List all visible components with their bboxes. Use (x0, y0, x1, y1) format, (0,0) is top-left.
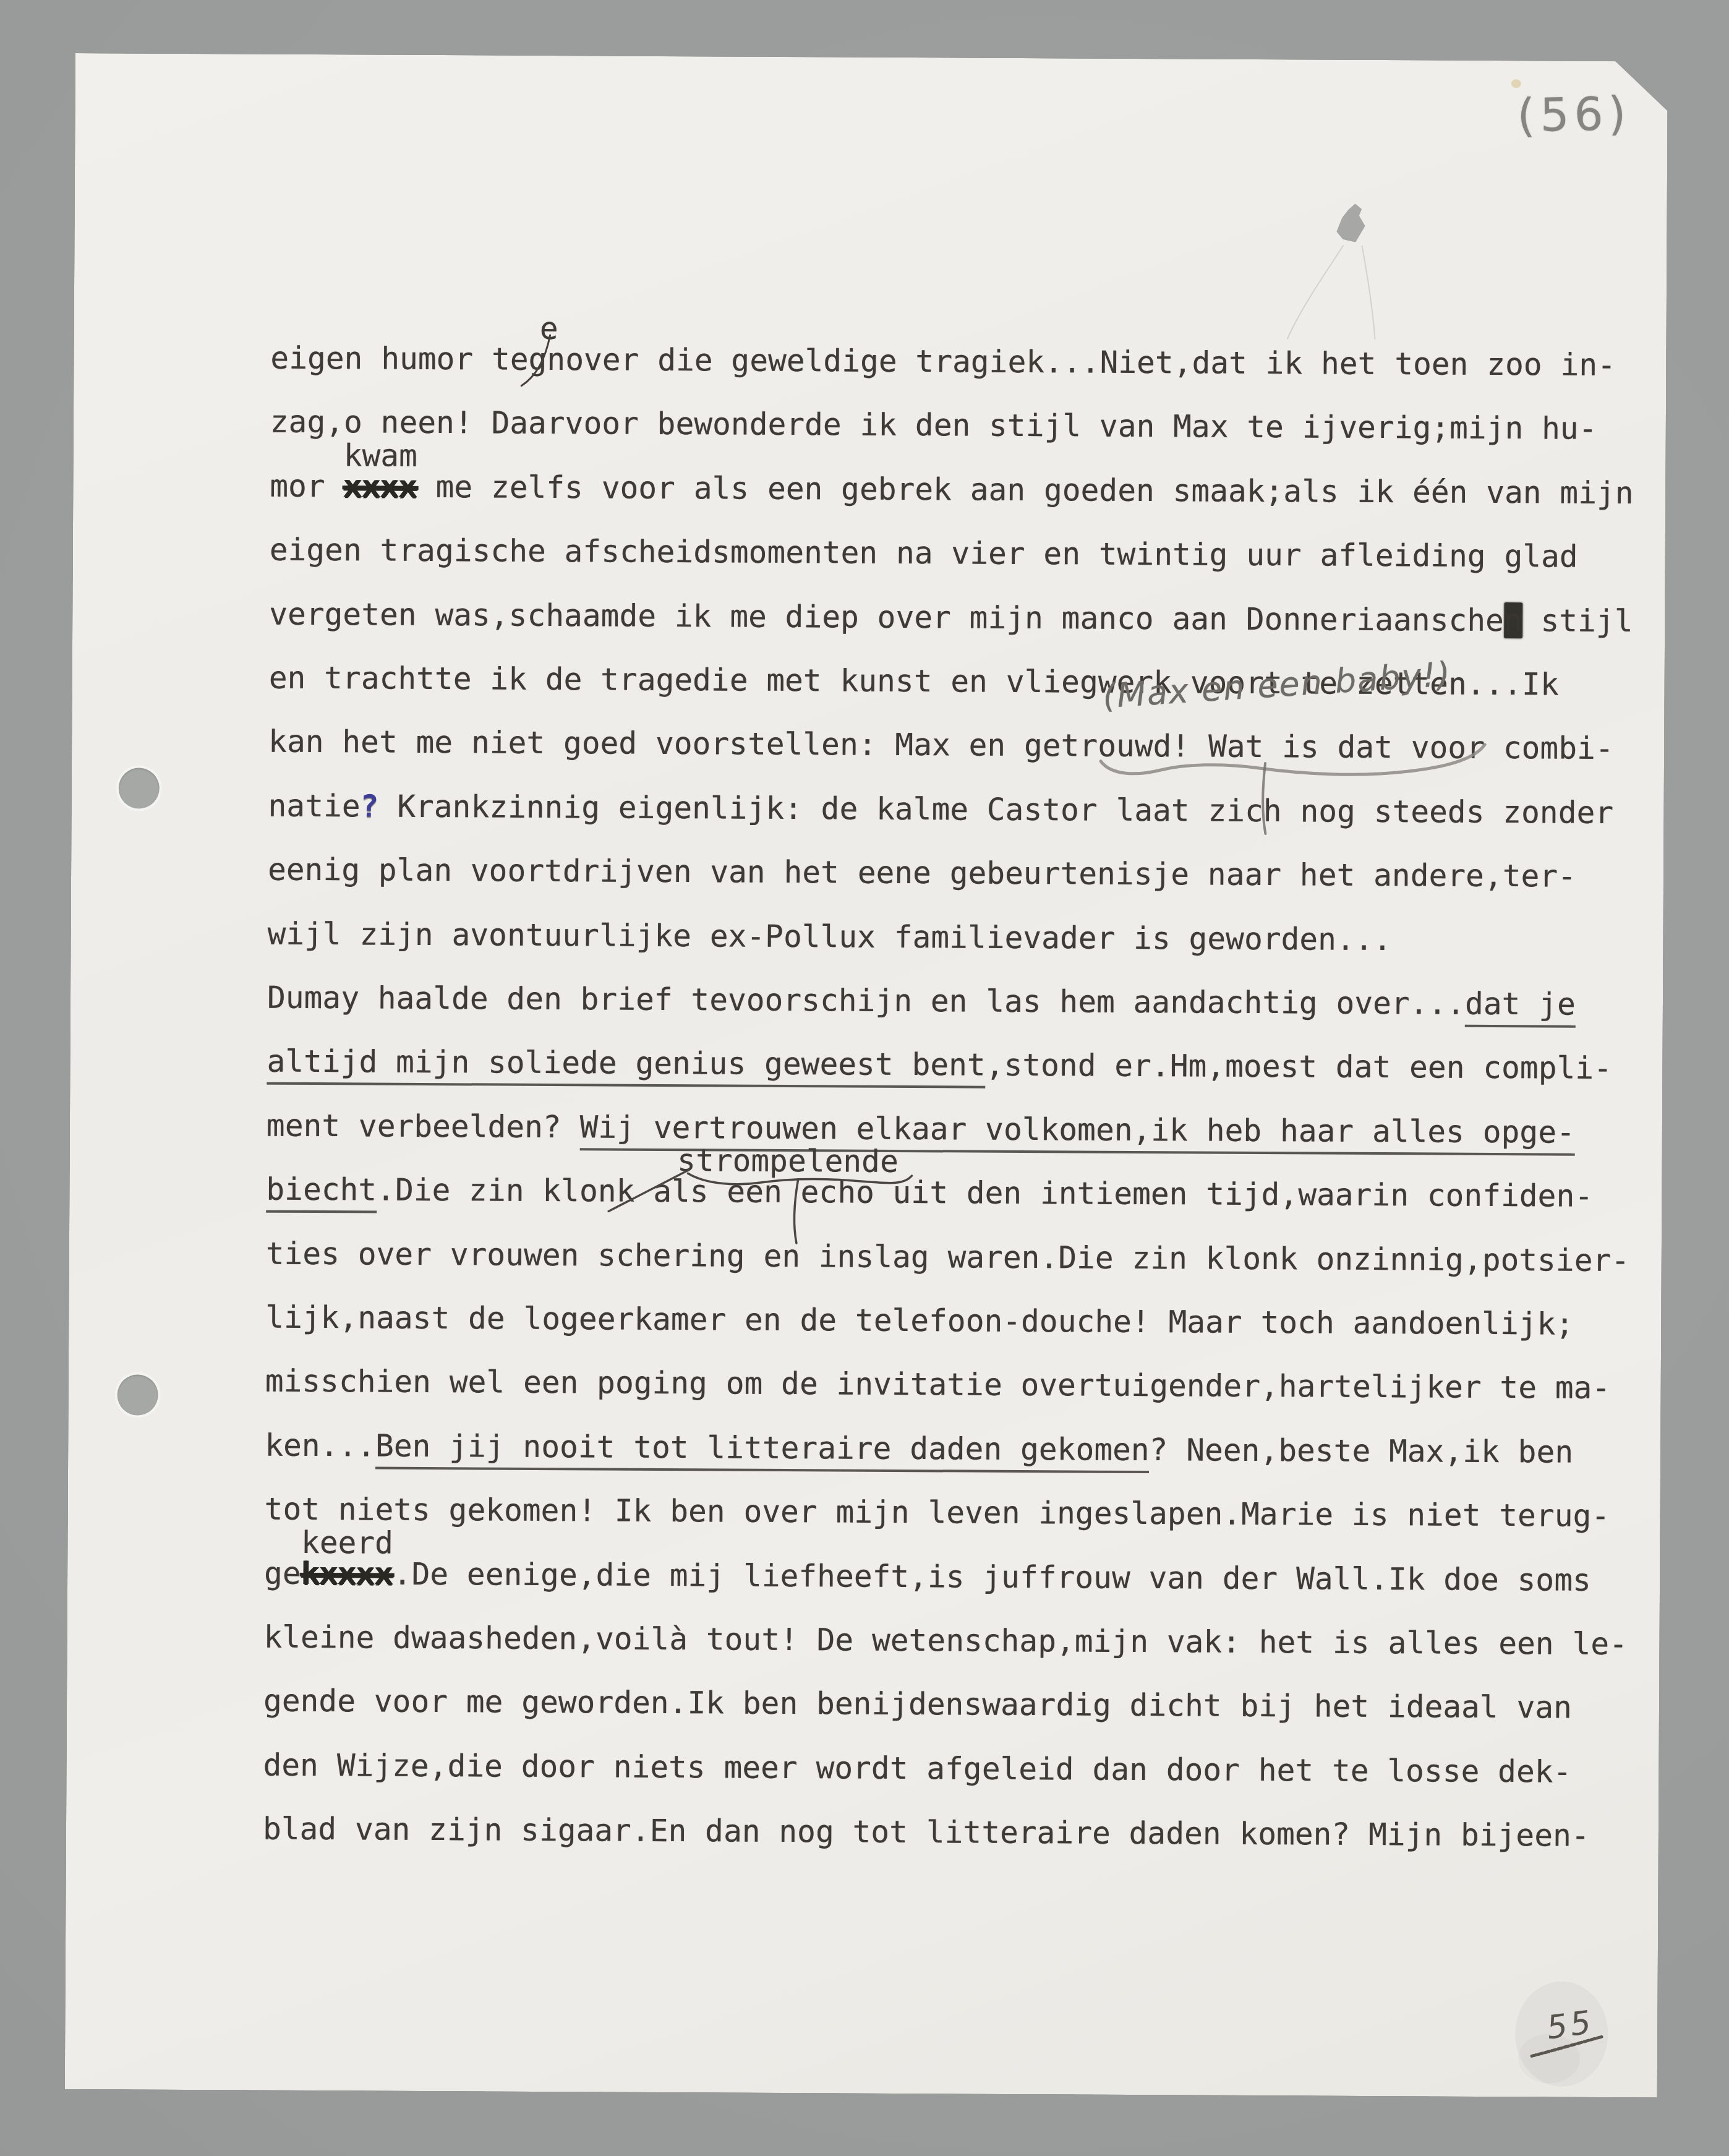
typed-line: lijk,naast de logeerkamer en de telefoon… (265, 1300, 1574, 1341)
typed-text: Krankzinnig eigenlijk: de kalme Castor l… (378, 788, 1613, 830)
typed-text: ties over vrouwen schering en inslag war… (266, 1235, 1630, 1278)
typed-line: blad van zijn sigaar.En dan nog tot litt… (263, 1812, 1590, 1853)
typed-line: ken...Ben jij nooit tot litteraire daden… (265, 1427, 1573, 1469)
struck-out-text: xxxx (343, 468, 417, 505)
struck-out-text: kxxxx (301, 1555, 393, 1592)
typed-line: vergeten was,schaamde ik me diep over mi… (269, 596, 1633, 638)
typed-text: den Wijze,die door niets meer wordt afge… (263, 1747, 1571, 1789)
scanned-document-scene: (56) eigen humor tegnover die geweldige … (0, 0, 1729, 2156)
page-number-bottom: 55 (1545, 2004, 1597, 2047)
underlined-text: biecht (266, 1171, 377, 1213)
typed-insertion: keerd (301, 1525, 393, 1560)
typed-line: wijl zijn avontuurlijke ex-Pollux famili… (267, 916, 1391, 957)
typed-text: Dumay haalde den brief tevoorschijn en l… (267, 980, 1465, 1022)
underlined-text: dat je (1465, 986, 1576, 1028)
typed-text: ken... (265, 1427, 375, 1463)
typed-line: ties over vrouwen schering en inslag war… (266, 1236, 1630, 1278)
typed-text: wijl zijn avontuurlijke ex-Pollux famili… (267, 915, 1391, 957)
typed-text: ,stond er.Hm,moest dat een compli- (986, 1047, 1613, 1086)
typed-line: zag,o neen! Daarvoor bewonderde ik den s… (270, 404, 1597, 446)
typed-line: tot niets gekomen! Ik ben over mijn leve… (265, 1492, 1610, 1533)
typed-text: kan het me niet goed voorstellen: Max en… (268, 724, 1614, 766)
typed-line: misschien wel een poging om de invitatie… (265, 1364, 1611, 1405)
typed-line: eigen humor tegnover die geweldige tragi… (270, 341, 1616, 382)
typed-text: mor (270, 468, 344, 504)
typed-line: gende voor me geworden.Ik ben benijdensw… (263, 1683, 1572, 1725)
typed-text: eigen tragische afscheidsmomenten na vie… (270, 532, 1578, 575)
typed-text: tot niets gekomen! Ik ben over mijn leve… (265, 1491, 1610, 1534)
typed-text: gende voor me geworden.Ik ben benijdensw… (263, 1683, 1572, 1726)
underlined-text: Ben jij nooit tot litteraire daden gekom… (375, 1427, 1150, 1473)
typed-text: eenig plan voortdrijven van het eene geb… (268, 852, 1576, 894)
typed-line: mor xxxx me zelfs voor als een gebrek aa… (270, 468, 1634, 510)
handwritten-annotation: (Max en een baby!) (1101, 654, 1453, 716)
document-page: (56) eigen humor tegnover die geweldige … (65, 53, 1668, 2097)
typed-line: eigen tragische afscheidsmomenten na vie… (270, 533, 1578, 574)
paper-tear (1334, 202, 1369, 243)
typed-line: biecht.Die zin klonk als een echo uit de… (266, 1172, 1593, 1213)
typed-text: ? Neen,beste Max,ik ben (1150, 1432, 1574, 1470)
typed-text: vergeten was,schaamde ik me diep over mi… (269, 596, 1504, 638)
typed-text: natie (268, 787, 360, 824)
blotted-character: n (1504, 602, 1522, 638)
typed-text: .Die zin klonk als een echo uit den inti… (377, 1172, 1593, 1214)
typed-text: ge (264, 1555, 301, 1591)
typed-text: stijl (1522, 602, 1633, 639)
typed-line: altijd mijn soliede genius geweest bent,… (267, 1044, 1612, 1085)
ink-corrected-question-mark: ? (360, 788, 378, 824)
typed-line: ment verbeelden? Wij vertrouwen elkaar v… (267, 1108, 1575, 1149)
paper-crease (1362, 246, 1376, 340)
typed-text: ment verbeelden? (267, 1107, 580, 1145)
typed-text: .De eenige,die mij liefheeft,is juffrouw… (393, 1555, 1591, 1598)
typed-text: zag,o neen! Daarvoor bewonderde ik den s… (270, 404, 1597, 447)
paper-stain (1511, 79, 1521, 88)
typed-line: den Wijze,die door niets meer wordt afge… (263, 1747, 1571, 1789)
typed-line: natie? Krankzinnig eigenlijk: de kalme C… (268, 788, 1613, 829)
typed-text: blad van zijn sigaar.En dan nog tot litt… (263, 1811, 1590, 1854)
typed-text: lijk,naast de logeerkamer en de telefoon… (265, 1299, 1574, 1342)
punch-hole (117, 1374, 158, 1415)
typed-text: misschien wel een poging om de invitatie… (265, 1363, 1611, 1406)
typed-text: eigen humor tegnover die geweldige tragi… (270, 340, 1616, 383)
typed-text: me zelfs voor als een gebrek aan goeden … (417, 469, 1634, 511)
typed-line: kleine dwaasheden,voilà tout! De wetensc… (263, 1620, 1628, 1662)
typed-text: kleine dwaasheden,voilà tout! De wetensc… (263, 1619, 1628, 1662)
typed-insertion: strompelende (677, 1143, 899, 1179)
typed-insertion: e (540, 311, 558, 346)
typed-text-block: eigen humor tegnover die geweldige tragi… (75, 53, 1668, 61)
punch-hole (119, 768, 160, 808)
typed-line: eenig plan voortdrijven van het eene geb… (268, 852, 1576, 894)
typed-line: kan het me niet goed voorstellen: Max en… (268, 724, 1614, 766)
paper-crease (1287, 245, 1344, 339)
underlined-text: altijd mijn soliede genius geweest bent (267, 1043, 986, 1089)
typed-line: Dumay haalde den brief tevoorschijn en l… (267, 980, 1576, 1022)
typed-line: gekxxxx.De eenige,die mij liefheeft,is j… (264, 1555, 1591, 1597)
page-number-top: (56) (1517, 87, 1632, 143)
typed-insertion: kwam (344, 438, 418, 473)
